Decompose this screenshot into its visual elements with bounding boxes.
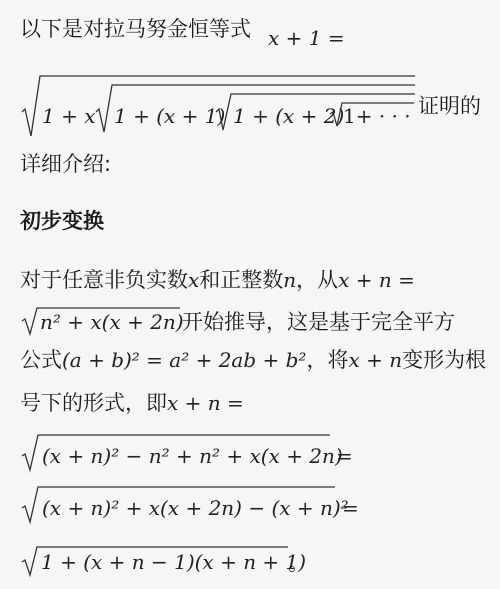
radical-outer-term: 1 + x bbox=[42, 106, 95, 126]
radicand: n² + x(x + 2n) bbox=[40, 312, 184, 332]
period: 。 bbox=[288, 553, 309, 574]
intro-line2: 详细介绍: bbox=[20, 154, 111, 175]
paragraph-line-1: 对于任意非负实数x和正整数n，从x + n = bbox=[20, 270, 415, 291]
equals-sign: = bbox=[342, 498, 359, 518]
radical-level3-term: 1 + (x + 2) bbox=[233, 106, 344, 126]
radical-level4-term: 1+ · · · bbox=[343, 106, 411, 126]
intro-text-before: 以下是对拉马努金恒等式 bbox=[20, 17, 251, 41]
intro-lhs-math: x + 1 = bbox=[268, 28, 345, 48]
intro-text-after: 证明的 bbox=[418, 96, 481, 117]
derivation-line-2: (x + n)² + x(x + 2n) − (x + n)² = bbox=[20, 484, 365, 524]
equals-sign: = bbox=[336, 446, 353, 466]
radicand: (x + n)² − n² + n² + x(x + 2n) bbox=[42, 446, 343, 466]
nested-radical: 1 + x 1 + (x + 1) 1 + (x + 2) 1+ · · · bbox=[20, 72, 420, 138]
derivation-line-1: (x + n)² − n² + n² + x(x + 2n) = bbox=[20, 432, 360, 472]
paragraph-line-2-text: 开始推导，这是基于完全平方 bbox=[182, 312, 455, 333]
section-heading: 初步变换 bbox=[20, 211, 104, 232]
derivation-line-3: 1 + (x + n − 1)(x + n + 1) 。 bbox=[20, 544, 320, 576]
radical-level2-term: 1 + (x + 1) bbox=[114, 106, 225, 126]
radicand: (x + n)² + x(x + 2n) − (x + n)² bbox=[42, 498, 349, 518]
paragraph-line-4: 号下的形式，即x + n = bbox=[20, 393, 244, 414]
paragraph-line-3: 公式(a + b)² = a² + 2ab + b²，将x + n变形为根 bbox=[20, 350, 486, 371]
radicand: 1 + (x + n − 1)(x + n + 1) bbox=[41, 552, 306, 572]
intro-text: 以下是对拉马努金恒等式 bbox=[20, 19, 251, 40]
